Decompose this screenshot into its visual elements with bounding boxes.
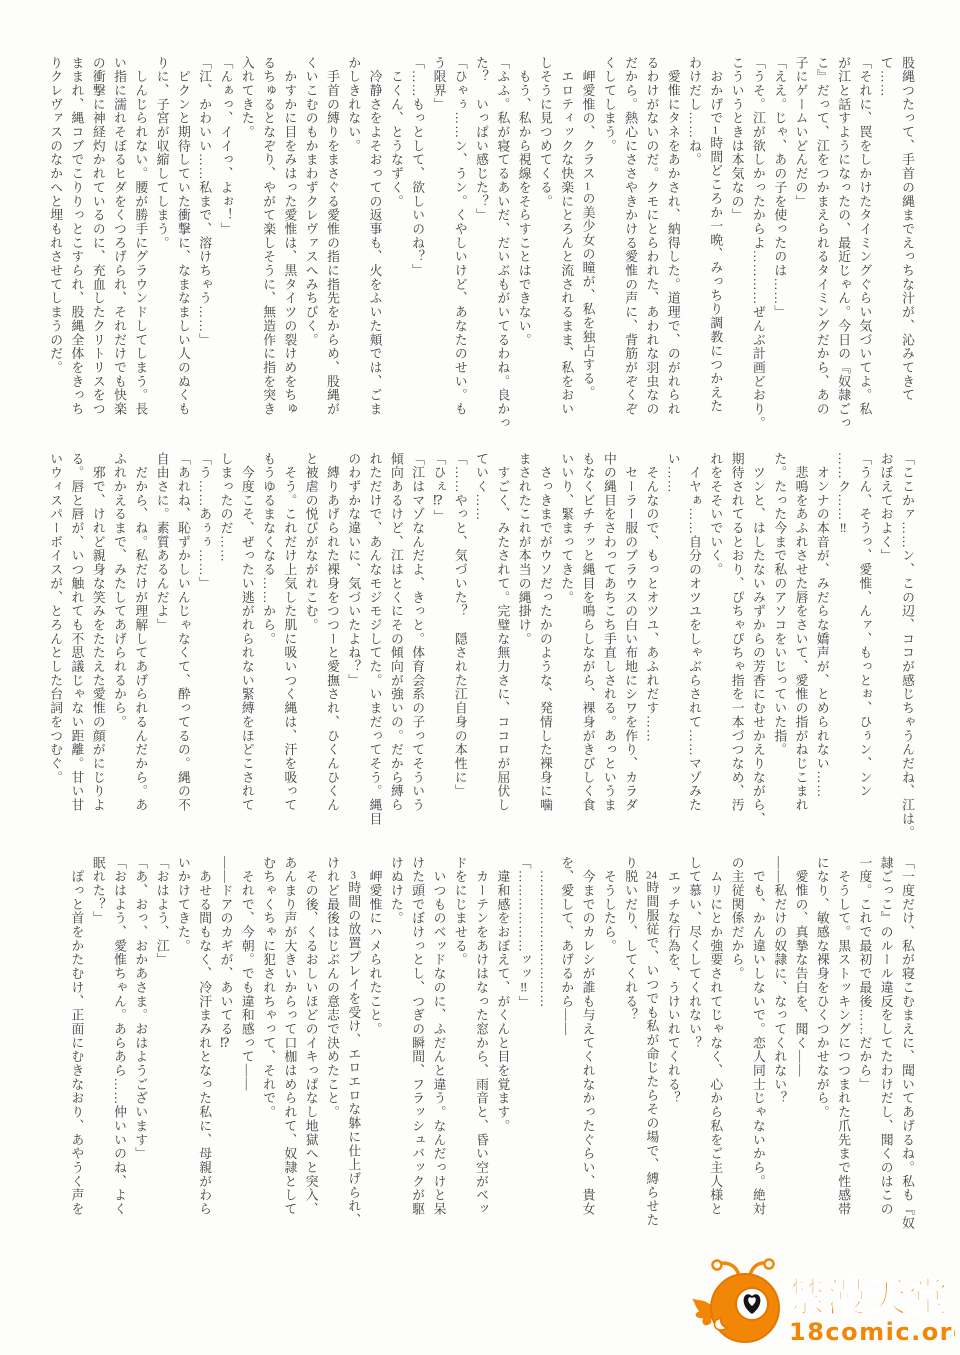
text-band-top: 股縄つたって、手首の縄までえっちな汁が、沁みてきてて……「それに、罠をしかけたタ… (44, 56, 917, 448)
watermark-site-url: 18comic.org (789, 1318, 955, 1346)
text-column: 違和感をおぼえて、がくんと目を覚ます。 (491, 856, 512, 1248)
text-column: 「あ、おっ、おかあさま。おはようございます」 (129, 856, 150, 1248)
text-column: こういうときは本気なの」 (725, 56, 746, 448)
text-column: 3時間の放置プレイを受け、エロエロな躰に仕上げられ、 (342, 856, 363, 1248)
text-column: れをそそいでいく。 (704, 452, 725, 844)
text-column: けぬけた。 (385, 856, 406, 1248)
text-column: 今度こそ、ぜったい逃がれられない緊縛をほどこされて (236, 452, 257, 844)
text-column: 中の縄目をさわってあちこち手直しされる。あっというま (598, 452, 619, 844)
text-column: 自由さに。素質あるんだよ」 (150, 452, 171, 844)
text-column: 「ふふ。私が寝てるあいだ、だいぶもがいてるわね。良かっ (491, 56, 512, 448)
text-column: るわけがないのだ。クモにとらわれた、あわれな羽虫なの (640, 56, 661, 448)
text-column: い指に濡れそぼるヒダをくつろげられ、それだけでも快楽 (108, 56, 129, 448)
text-column: ままれ、縄コブでこりりっとこすられ、股縄全体をきっち (65, 56, 86, 448)
text-column: 眠れた？」 (86, 856, 107, 1248)
text-column: いつものベッドなのに、ふだんと違う。なんだっけと呆 (427, 856, 448, 1248)
text-column: 24時間服従で、いつでも私が命じたらその場で、縛らせた (640, 856, 661, 1248)
text-column: いウィスパーボイスが、とろんとした台詞をつむぐ。 (44, 452, 65, 844)
text-column: 「おはよう、愛惟ちゃん。あらあら……仲いいのね、よく (108, 856, 129, 1248)
text-column: の主従関係だから。 (725, 856, 746, 1248)
text-column: オンナの本音が、みだらな嬌声が、とめられない…… (811, 452, 832, 844)
text-column: いかけてきた。 (172, 856, 193, 1248)
text-column: おかげで1時間どころか一晩、みっちり調教につかえた (704, 56, 725, 448)
text-column: しんじられない。腰が勝手にグラウンドしてしまう。長 (129, 56, 150, 448)
text-column: 「江はマゾなんだよ、きっと。体育会系の子ってそういう (406, 452, 427, 844)
text-column: 入れてきた。 (236, 56, 257, 448)
text-band-bottom: 「一度だけ、私が寝こむまえに、聞いてあげるね。私も『奴隷ごっこ』のルール違反をし… (65, 856, 917, 1248)
text-column: そう。これだけ上気した肌に吸いつく縄は、汗を吸って (278, 452, 299, 844)
text-column: こ』だって、江をつかまえられるタイミングだから、あの (811, 56, 832, 448)
text-column: 「うん、そうっ、愛惟、んァ、もっとぉ、ひぅン、ンン (853, 452, 874, 844)
text-column: を、愛して、あげるから―― (555, 856, 576, 1248)
text-column: カーテンをあけはなった窓から、雨音と、昏い空がベッ (470, 856, 491, 1248)
text-column: 「あれね、恥ずかしいんじゃなくて、酔ってるの。縄の不 (172, 452, 193, 844)
watermark-18comic: 禁漫天堂 18comic.org (687, 1256, 955, 1350)
text-column: しそうに見つめてくる。 (534, 56, 555, 448)
text-column: い…… (661, 452, 682, 844)
text-column: 「ひゃぅ……ン、うン。くやしいけど、あなたのせい。も (448, 56, 469, 448)
text-column: り脱いだり、してくれる？ (619, 856, 640, 1248)
text-column: 「うそ。江が欲しかったからよ…………ぜんぶ計画どおり。 (747, 56, 768, 448)
text-column: 「一度だけ、私が寝こむまえに、聞いてあげるね。私も『奴 (896, 856, 917, 1248)
text-column: もうゆるまなくなる……から。 (257, 452, 278, 844)
text-column: が江と話すようになったの、最近じゃん。今日の『奴隷ごっ (832, 56, 853, 448)
text-column: 冷静さをよそおっての返事も、火をふいた頬では、ごま (363, 56, 384, 448)
text-column: る。唇と唇が、いつ触れても不思議じゃない距離。甘い甘 (65, 452, 86, 844)
text-column: 一度。これで最初で最後……だから」 (853, 856, 874, 1248)
text-column: ぽっと首をかたむけ、正面にむきなおり、あやうく声を (65, 856, 86, 1248)
text-column: して慕い、尽くしてくれない？ (683, 856, 704, 1248)
text-column: もう、私から視線をそらすことはできない。 (512, 56, 533, 448)
text-band-middle: 「ここかァ……ン、この辺、ココが感じちゃうんだね、江は。おぼえておよく」「うん、… (44, 452, 917, 844)
text-column: イヤぁ……自分のオツユをしゃぶらされて……マゾみた (683, 452, 704, 844)
text-column: 今までのカレシが誰も与えてくれなかったぐらい、貴女 (576, 856, 597, 1248)
text-column: た？ いっぱい感じた？」 (470, 56, 491, 448)
text-column: エッチな行為を、うけいれてくれる？ (661, 856, 682, 1248)
text-column: 愛惟にタネをあかされ、納得した。道理で、のがれられ (661, 56, 682, 448)
text-column: 悲鳴をあふれさせた唇をさいて、愛惟の指がねじこまれ (789, 452, 810, 844)
text-column: 期待されてるとおり、ぴちゃぴちゃ指を一本づつなめ、汚 (725, 452, 746, 844)
text-column: でも、かん違いしないで。恋人同士じゃないから。絶対 (747, 856, 768, 1248)
text-column: こくん、とうなずく。 (385, 56, 406, 448)
text-column: 邪で、けれど親身な笑みをたたえた愛惟の顔がにじりよ (86, 452, 107, 844)
text-column: かすかに目をみはった愛惟は、黒タイツの裂けめをちゅ (278, 56, 299, 448)
text-column: むちゃくちゃに犯されちゃって、それで。 (257, 856, 278, 1248)
text-column: そうしたら。 (598, 856, 619, 1248)
text-column: まされたこれが本当の縄掛け。 (512, 452, 533, 844)
text-column: 「……もっとして、欲しいのね？」 (406, 56, 427, 448)
text-column: 傾向あるけど、江はとくにその傾向が強いの。だから縛ら (385, 452, 406, 844)
text-column: 愛惟の、真摯な告白を、聞く―― (789, 856, 810, 1248)
text-column: ドをにじませる。 (448, 856, 469, 1248)
text-column: だから、ね。私だけが理解してあげられるんだから。あ (129, 452, 150, 844)
text-column: て…… (874, 56, 895, 448)
text-column: ――ドアのカギが、あいてる⁉ (214, 856, 235, 1248)
text-column: 「う……あぅぅ……」 (193, 452, 214, 844)
text-column: 「ひぇ⁉」 (427, 452, 448, 844)
text-column: けれど最後はじぶんの意志で決めたこと。 (321, 856, 342, 1248)
text-column: 「江、かわいい……私まで、溶けちゃう……」 (193, 56, 214, 448)
text-column: 「……やっと、気づいた？ 隠された江自身の本性に」 (448, 452, 469, 844)
novel-page: 股縄つたって、手首の縄までえっちな汁が、沁みてきてて……「それに、罠をしかけたタ… (0, 0, 960, 1355)
text-column: のわずかな違いに、気づいたよね？」 (342, 452, 363, 844)
text-column: ふれかえるまで、みたしてあげられるから。 (108, 452, 129, 844)
text-column: 岬愛惟にハメられたこと。 (363, 856, 384, 1248)
text-column: ………………………… (534, 856, 555, 1248)
text-column: 「それに、罠をしかけたタイミングぐらい気づいてよ。私 (853, 56, 874, 448)
text-column: けた頭でぼけっとし、つぎの瞬間、フラッシュバックが駆 (406, 856, 427, 1248)
text-column: と被虐の悦びがながれこむ。 (299, 452, 320, 844)
mascot-logo-icon (690, 1260, 779, 1343)
text-column: すごく、みたされて。完璧な無力さに、ココロが屈伏し (491, 452, 512, 844)
text-column: 「んぁっ、イイっ、よぉ！」 (214, 56, 235, 448)
text-column: ……ク……‼ (832, 452, 853, 844)
text-column: わけだし……ね。 (683, 56, 704, 448)
text-column: セーラー服のブラウスの白い布地にシワを作り、カラダ (619, 452, 640, 844)
text-column: 岬愛惟の、クラス1の美少女の瞳が、私を独占する。 (576, 56, 597, 448)
text-column: くしてしまう。 (598, 56, 619, 448)
text-column: りに、子宮が収縮してしまう。 (150, 56, 171, 448)
text-column: の衝撃に神経灼かれているのに、充血したクリトリスをつ (86, 56, 107, 448)
text-column: 子にゲームいどんだの」 (789, 56, 810, 448)
text-column: そんなので、もっとオツユ、あふれだす…… (640, 452, 661, 844)
text-column: になり、敏感な裸身をひくつかせながら。 (811, 856, 832, 1248)
text-column: さっきまでがウソだったかのような、発情した裸身に噛 (534, 452, 555, 844)
text-column: ピクンと期待していた衝撃に、なまなましい人のぬくも (172, 56, 193, 448)
text-column: だから。熱心にささやきかける愛惟の声に、背筋がぞくぞ (619, 56, 640, 448)
text-column: 「………………ッッ‼」 (512, 856, 533, 1248)
text-column: 「ここかァ……ン、この辺、ココが感じちゃうんだね、江は。 (896, 452, 917, 844)
text-column: いいり、緊まってきた。 (555, 452, 576, 844)
text-column: かしきれない。 (342, 56, 363, 448)
text-column: ツンと、はしたないみずからの芳香にむせかえりながら、 (747, 452, 768, 844)
text-column: くいこむのもかまわずクレヴァスへみちびく。 (299, 56, 320, 448)
text-column: それで、今朝。でも違和感って―― (236, 856, 257, 1248)
text-column: う限界」 (427, 56, 448, 448)
text-column: 股縄つたって、手首の縄までえっちな汁が、沁みてきて (896, 56, 917, 448)
text-column: 縛りあげられた裸身をつつーと愛撫され、ひくんひくん (321, 452, 342, 844)
text-column: ――私だけの奴隷に、なってくれない？ (768, 856, 789, 1248)
text-column: りクレヴァスのなかへと埋もれさせてしまうのだ。 (44, 56, 65, 448)
text-column: 手首の縛りをまさぐる愛惟の指に指先をからめ、股縄が (321, 56, 342, 448)
text-column: エロティックな快楽にとろんと流されるまま、私をおい (555, 56, 576, 448)
watermark-site-name: 禁漫天堂 (785, 1275, 949, 1321)
text-column: あせる間もなく、冷汗まみれとなった私に、母親がわら (193, 856, 214, 1248)
text-column: そうして。黒ストッキングにつつまれた爪先まで性感帯 (832, 856, 853, 1248)
text-column: その後、くるおしいほどのイキっぱなし地獄へと突入、 (299, 856, 320, 1248)
text-column: 「ええ。じゃ、あの子を使ったのは……」 (768, 56, 789, 448)
text-column: れただけで、あんなモジモジしてた。いまだってそう。縄目 (363, 452, 384, 844)
text-column: もなくビチチッと縄目を鳴らしながら、裸身がきびしく食 (576, 452, 597, 844)
text-column: 隷ごっこ』のルール違反をしてたわけだし、聞くのはこの (874, 856, 895, 1248)
text-column: あんまり声が大きいからって口枷はめられて、奴隷として (278, 856, 299, 1248)
text-column: しまったのだ…… (214, 452, 235, 844)
text-column: ムリにとか強要されてじゃなく、心から私をご主人様と (704, 856, 725, 1248)
text-column: ていく…… (470, 452, 491, 844)
text-column: おぼえておよく」 (874, 452, 895, 844)
text-column: るちゅるとなぞり、やがて楽しそうに、無造作に指を突き (257, 56, 278, 448)
text-column: 「おはよう、江」 (150, 856, 171, 1248)
text-column: た。たった今まで私のアソコをいじっていた指。 (768, 452, 789, 844)
